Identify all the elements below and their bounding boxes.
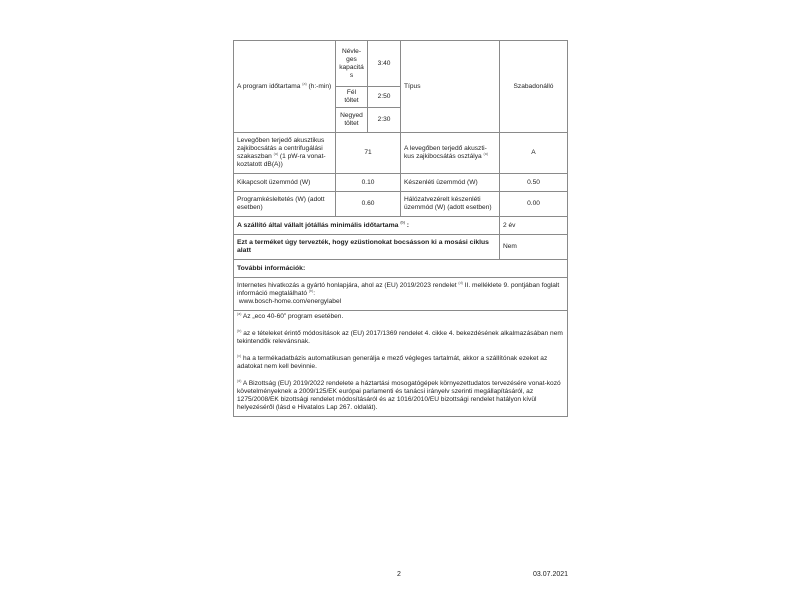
- silver-value: Nem: [500, 235, 568, 260]
- footnotes-row: (a) Az „eco 40-60” program esetében. (b)…: [234, 311, 568, 417]
- warranty-label: A szállító által vállalt jótállás minimá…: [234, 217, 500, 235]
- silver-label: Ezt a terméket úgy tervezték, hogy ezüst…: [234, 235, 500, 260]
- delay-label: Programkésleltetés (W) (adott esetben): [234, 192, 336, 217]
- document-page: A program időtartama (a) (h:-min) Névle-…: [0, 0, 800, 600]
- off-mode-value: 0.10: [336, 174, 401, 192]
- more-info-heading-row: További információk:: [234, 260, 568, 278]
- silver-row: Ezt a terméket úgy tervezték, hogy ezüst…: [234, 235, 568, 260]
- standby-label: Készenléti üzemmód (W): [401, 174, 500, 192]
- energy-label-link[interactable]: www.bosch-home.com/energylabel: [239, 298, 341, 305]
- type-value: Szabadonálló: [500, 41, 568, 133]
- footnote-d: (d) A Bizottság (EU) 2019/2022 rendelete…: [237, 380, 564, 412]
- warranty-row: A szállító által vállalt jótállás minimá…: [234, 217, 568, 235]
- duration-value: 2:50: [368, 87, 401, 108]
- duration-label: A program időtartama (a) (h:-min): [234, 41, 336, 133]
- warranty-value: 2 év: [500, 217, 568, 235]
- more-info-row: Internetes hivatkozás a gyártó honlapjár…: [234, 278, 568, 311]
- load-label: Névle-ges kapacitá s: [336, 41, 368, 87]
- footnote-c: (c) ha a termékadatbázis automatikusan g…: [237, 355, 564, 371]
- standby-value: 0.50: [500, 174, 568, 192]
- more-info-heading: További információk:: [234, 260, 568, 278]
- load-label: Negyed töltet: [336, 108, 368, 133]
- noise-label: Levegőben terjedő akusztikus zajkibocsát…: [234, 133, 336, 174]
- noise-class-value: A: [500, 133, 568, 174]
- network-standby-value: 0.00: [500, 192, 568, 217]
- delay-row: Programkésleltetés (W) (adott esetben) 0…: [234, 192, 568, 217]
- noise-row: Levegőben terjedő akusztikus zajkibocsát…: [234, 133, 568, 174]
- noise-class-label: A levegőben terjedő akuszti-kus zajkiboc…: [401, 133, 500, 174]
- footnote-b: (b) az e tételeket érintő módosítások az…: [237, 330, 564, 346]
- noise-value: 71: [336, 133, 401, 174]
- load-label: Fél töltet: [336, 87, 368, 108]
- page-number: 2: [397, 571, 401, 578]
- document-date: 03.07.2021: [533, 571, 568, 578]
- duration-row: A program időtartama (a) (h:-min) Névle-…: [234, 41, 568, 87]
- product-info-table: A program időtartama (a) (h:-min) Névle-…: [233, 40, 568, 417]
- duration-value: 2:30: [368, 108, 401, 133]
- more-info-text: Internetes hivatkozás a gyártó honlapjár…: [234, 278, 568, 311]
- footnote-a: (a) Az „eco 40-60” program esetében.: [237, 313, 564, 321]
- type-label: Típus: [401, 41, 500, 133]
- footnotes: (a) Az „eco 40-60” program esetében. (b)…: [234, 311, 568, 417]
- delay-value: 0.60: [336, 192, 401, 217]
- network-standby-label: Hálózatvezérelt készenléti üzemmód (W) (…: [401, 192, 500, 217]
- duration-value: 3:40: [368, 41, 401, 87]
- off-mode-row: Kikapcsolt üzemmód (W) 0.10 Készenléti ü…: [234, 174, 568, 192]
- off-mode-label: Kikapcsolt üzemmód (W): [234, 174, 336, 192]
